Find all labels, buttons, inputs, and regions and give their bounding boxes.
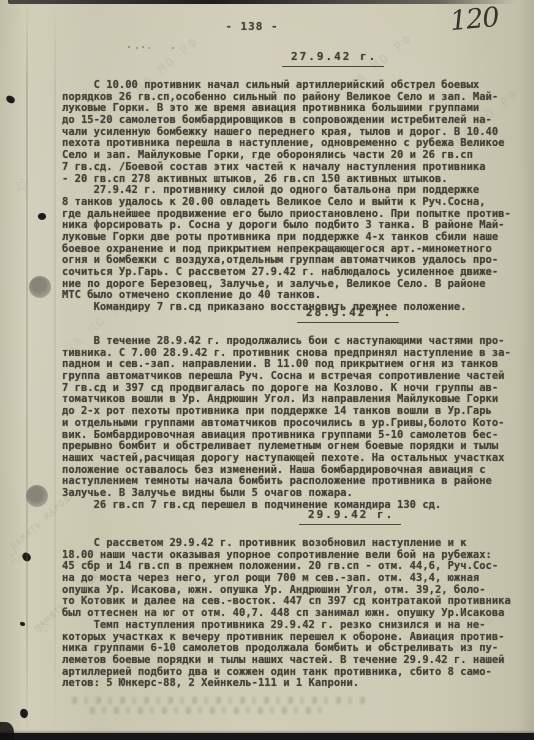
bleedthrough-text-band — [72, 697, 372, 704]
text-line: леметов боевые порядки и тылы наших част… — [62, 655, 528, 667]
paragraph: С рассветом 29.9.42 г. противник возобно… — [62, 538, 528, 620]
text-line: группа автоматчиков перешла Руч. Сосна и… — [62, 371, 528, 383]
scan-edge-bottom — [0, 733, 534, 740]
text-line: С 10.00 противник начал сильный артиллер… — [62, 80, 528, 92]
paragraph: С 10.00 противник начал сильный артиллер… — [62, 80, 528, 185]
text-line: сочиться Ур.Гарь. С рассветом 27.9.42 г.… — [62, 267, 528, 279]
paragraph: В течение 28.9.42 г. продолжались бои с … — [62, 336, 528, 500]
ink-blot — [5, 95, 16, 105]
text-line: до 15-20 самолетов бомбардировщиков в со… — [62, 115, 528, 127]
text-line: Залучье. В Залучье видны были 5 очагов п… — [62, 488, 528, 500]
text-line: В течение 28.9.42 г. продолжались бои с … — [62, 336, 528, 348]
paragraph: Темп наступления противника 29.9.42 г. р… — [62, 620, 528, 690]
scanned-document-page: ЦА МО РФ ЦА МО РФ ЦА МО РФ ЦА МО РФ ЦА М… — [0, 0, 534, 740]
punch-hole — [26, 485, 48, 507]
ink-blot — [37, 212, 47, 221]
scan-corner-shadow — [0, 722, 14, 740]
scan-edge-top — [8, 0, 516, 4]
star-watermark-icon: ☆ — [36, 610, 52, 640]
text-line: С рассветом 29.9.42 г. противник возобно… — [62, 538, 528, 550]
text-line: летов: 5 Юнкерс-88, 2 Хейнкель-111 и 1 К… — [62, 678, 528, 690]
text-line: 7 гв.сд. /Боевой состав этих частей к на… — [62, 162, 528, 174]
journal-section-29-9-42: 29.9.42 г. С рассветом 29.9.42 г. против… — [62, 508, 528, 690]
journal-section-27-9-42: 27.9.42 г. С 10.00 противник начал сильн… — [62, 50, 528, 314]
text-line: и отдельными группами автоматчиков просо… — [62, 418, 528, 430]
text-line: на до моста через него, угол рощи 700 м … — [62, 573, 528, 585]
text-line: 8 танков удалось к 20.00 овладеть Велико… — [62, 197, 528, 209]
text-line: наших частей,расчищая дорогу наступающей… — [62, 453, 528, 465]
punch-hole — [29, 276, 51, 298]
bleedthrough-text-band — [90, 707, 330, 714]
paper-crease — [26, 0, 28, 740]
section-date-heading: 27.9.42 г. — [282, 50, 384, 67]
stray-ink-dots — [128, 46, 130, 48]
text-line: луковые Горки две роты противника при по… — [62, 232, 528, 244]
journal-section-28-9-42: 28.9.42 г. В течение 28.9.42 г. продолжа… — [62, 306, 528, 511]
paragraph: 27.9.42 г. противнику силой до одного ба… — [62, 185, 528, 302]
section-date-heading: 29.9.42 г. — [299, 508, 401, 525]
handwritten-folio-number: 120 — [449, 2, 500, 37]
ink-blot — [20, 622, 25, 626]
typed-page-number: - 138 - — [0, 20, 504, 33]
text-line: Темп наступления противника 29.9.42 г. р… — [62, 620, 528, 632]
paper-crease — [54, 0, 56, 740]
section-date-heading: 28.9.42 г. — [297, 306, 399, 323]
